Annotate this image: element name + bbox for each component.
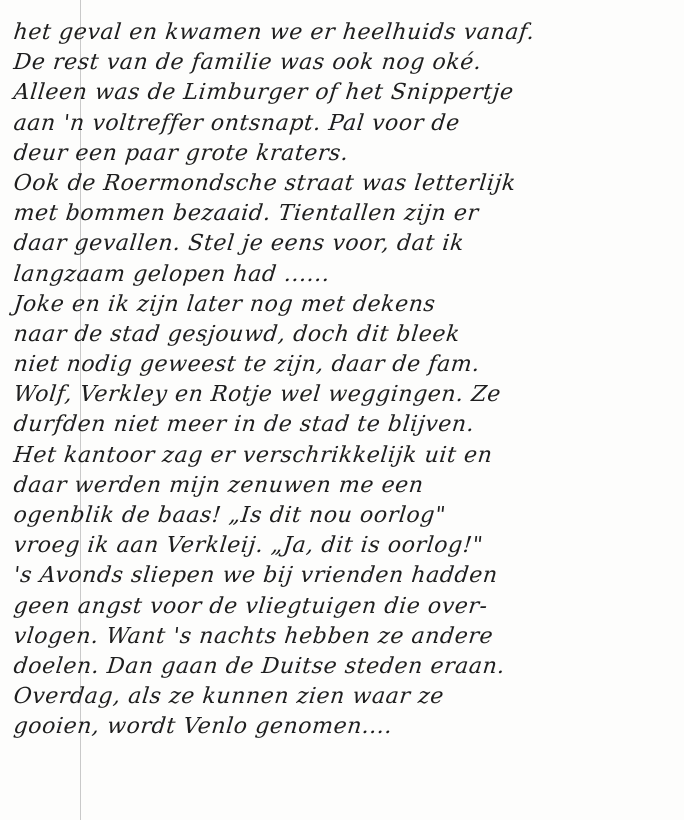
text-line: deur een paar grote kraters.	[12, 139, 675, 169]
letter-body: het geval en kwamen we er heelhuids vana…	[12, 18, 672, 743]
text-line: De rest van de familie was ook nog oké.	[12, 48, 675, 78]
letter-page: het geval en kwamen we er heelhuids vana…	[0, 0, 684, 820]
text-line: langzaam gelopen had ......	[12, 260, 675, 290]
text-line: Het kantoor zag er verschrikkelijk uit e…	[12, 441, 675, 471]
text-line: met bommen bezaaid. Tientallen zijn er	[12, 199, 675, 229]
text-line: 's Avonds sliepen we bij vrienden hadden	[12, 561, 675, 591]
text-line: vroeg ik aan Verkleij. „Ja, dit is oorlo…	[12, 531, 675, 561]
text-line: niet nodig geweest te zijn, daar de fam.	[12, 350, 675, 380]
text-line: Wolf, Verkley en Rotje wel weggingen. Ze	[12, 380, 675, 410]
text-line: Joke en ik zijn later nog met dekens	[12, 290, 675, 320]
text-line: Overdag, als ze kunnen zien waar ze	[12, 682, 675, 712]
text-line: aan 'n voltreffer ontsnapt. Pal voor de	[12, 109, 675, 139]
text-line: het geval en kwamen we er heelhuids vana…	[12, 18, 675, 48]
text-line: daar gevallen. Stel je eens voor, dat ik	[12, 229, 675, 259]
text-line: doelen. Dan gaan de Duitse steden eraan.	[12, 652, 675, 682]
text-line: ogenblik de baas! „Is dit nou oorlog"	[12, 501, 675, 531]
text-line: vlogen. Want 's nachts hebben ze andere	[12, 622, 675, 652]
text-line: geen angst voor de vliegtuigen die over-	[12, 592, 675, 622]
text-line: gooien, wordt Venlo genomen....	[12, 712, 675, 742]
text-line: durfden niet meer in de stad te blijven.	[12, 410, 675, 440]
text-line: daar werden mijn zenuwen me een	[12, 471, 675, 501]
text-line: naar de stad gesjouwd, doch dit bleek	[12, 320, 675, 350]
text-line: Alleen was de Limburger of het Snippertj…	[12, 78, 675, 108]
text-line: Ook de Roermondsche straat was letterlij…	[12, 169, 675, 199]
